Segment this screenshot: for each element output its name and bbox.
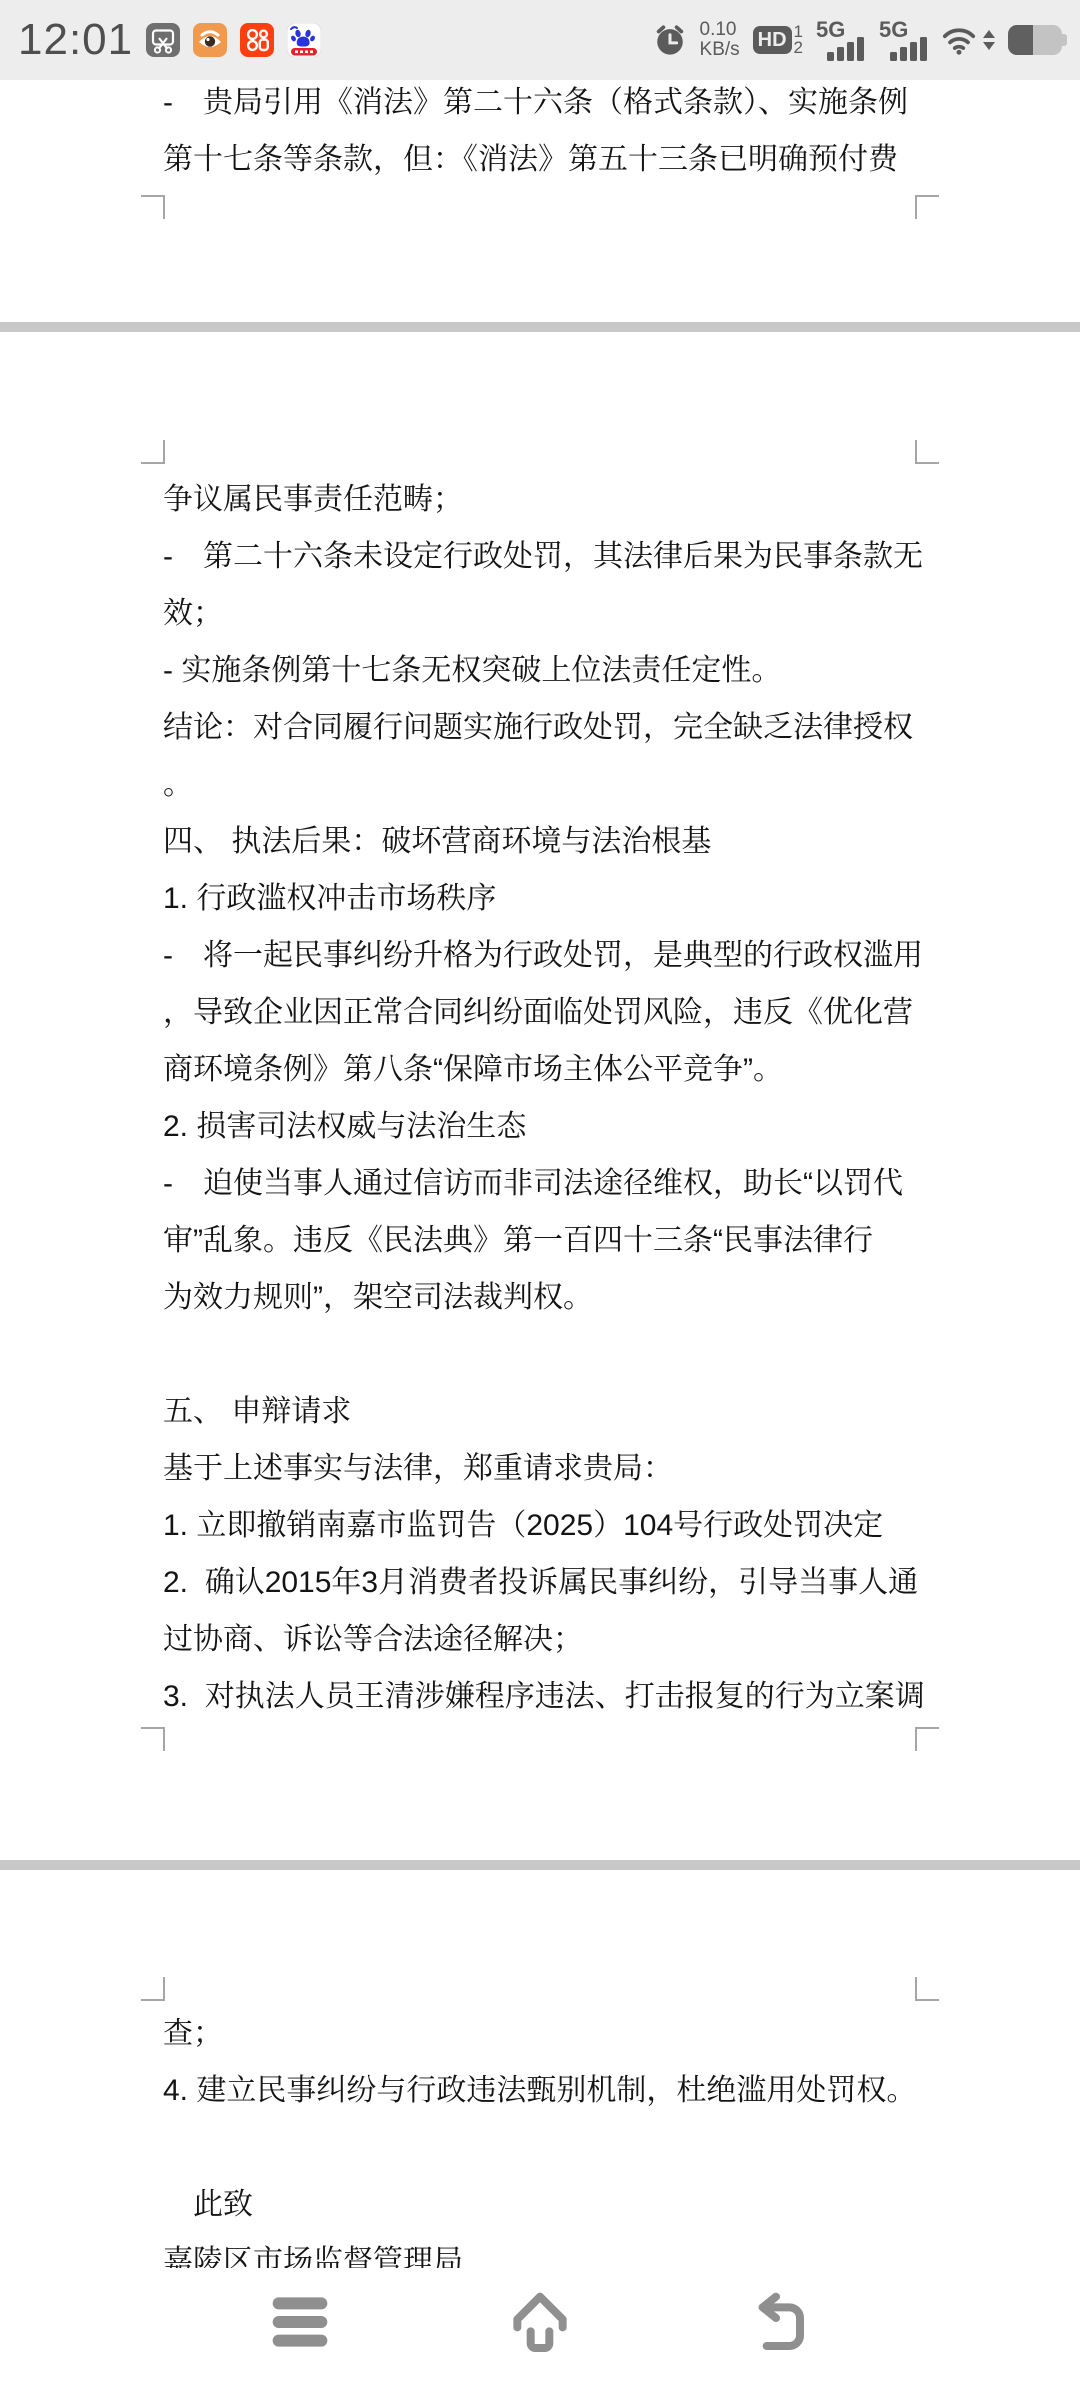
document-viewer[interactable]: - 贵局引用《消法》第二十六条（格式条款）、实施条例第十七条等条款，但：《消法》… [0, 80, 1080, 2388]
document-line: 效； [163, 585, 963, 642]
navigation-bar: menu home back [0, 2268, 1080, 2388]
document-line: 五、 申辩请求 [163, 1383, 963, 1440]
document-line: 1. 立即撤销南嘉市监罚告（2025）104号行政处罚决定 [163, 1497, 963, 1554]
page1-text: - 贵局引用《消法》第二十六条（格式条款）、实施条例第十七条等条款，但：《消法》… [163, 74, 963, 188]
wifi-icon [942, 23, 976, 57]
document-line: 2. 确认2015年3月消费者投诉属民事纠纷，引导当事人通 [163, 1554, 963, 1611]
document-line: - 将一起民事纠纷升格为行政处罚，是典型的行政权滥用 [163, 927, 963, 984]
baidu-notification-icon[interactable] [287, 23, 321, 57]
battery-icon [1008, 25, 1062, 55]
document-line: - 迫使当事人通过信访而非司法途径维权，助长“以罚代 [163, 1155, 963, 1212]
page-separator-2 [0, 1860, 1080, 1870]
document-line: - 第二十六条未设定行政处罚，其法律后果为民事条款无 [163, 528, 963, 585]
document-blank-line [163, 2119, 963, 2176]
network-speed-unit: KB/s [700, 40, 740, 60]
page2-top-right-margin-mark [915, 440, 939, 464]
document-line: 。 [163, 756, 963, 813]
back-button[interactable]: back [748, 2290, 812, 2354]
page3-top-left-margin-mark [141, 1977, 165, 2001]
page2-bottom-left-margin-mark [141, 1727, 165, 1751]
hd-sim2-number: 2 [794, 40, 803, 56]
page3-top-right-margin-mark [915, 1977, 939, 2001]
eye-app-notification-icon[interactable] [193, 23, 227, 57]
phone-screen: 12:01 [0, 0, 1080, 2388]
network-speed: 0.10 KB/s [700, 20, 740, 60]
page1-bottom-right-margin-mark [915, 195, 939, 219]
page2-text: 争议属民事责任范畴；- 第二十六条未设定行政处罚，其法律后果为民事条款无效；- … [163, 471, 963, 1725]
document-line: 基于上述事实与法律，郑重请求贵局： [163, 1440, 963, 1497]
document-line: 争议属民事责任范畴； [163, 471, 963, 528]
battery-nub [1062, 34, 1067, 46]
hd-badge: HD [753, 26, 792, 54]
document-line: 此致 [163, 2176, 963, 2233]
wifi-traffic-arrows-icon [983, 30, 995, 50]
document-line: 为效力规则”，架空司法裁判权。 [163, 1269, 963, 1326]
menu-button[interactable]: menu [268, 2290, 332, 2354]
kuaishou-notification-icon[interactable] [240, 23, 274, 57]
document-line: - 贵局引用《消法》第二十六条（格式条款）、实施条例 [163, 74, 963, 131]
page1-bottom-left-margin-mark [141, 195, 165, 219]
page2-top-left-margin-mark [141, 440, 165, 464]
document-line: 查； [163, 2005, 963, 2062]
page-separator-1 [0, 322, 1080, 332]
home-button[interactable]: home [508, 2290, 572, 2354]
document-line: 第十七条等条款，但：《消法》第五十三条已明确预付费 [163, 131, 963, 188]
screenshot-notification-icon[interactable] [146, 23, 180, 57]
clock-time: 12:01 [18, 15, 133, 65]
document-line: 过协商、诉讼等合法途径解决； [163, 1611, 963, 1668]
document-line: 1. 行政滥权冲击市场秩序 [163, 870, 963, 927]
page3-text: 查；4. 建立民事纠纷与行政违法甄别机制，杜绝滥用处罚权。 此致嘉陵区市场监督管… [163, 2005, 963, 2290]
page2-bottom-right-margin-mark [915, 1727, 939, 1751]
network-speed-value: 0.10 [700, 20, 737, 40]
document-line: 2. 损害司法权威与法治生态 [163, 1098, 963, 1155]
document-line: 3. 对执法人员王清涉嫌程序违法、打击报复的行为立案调 [163, 1668, 963, 1725]
battery-level-fill [1008, 25, 1033, 55]
document-line: 审”乱象。违反《民法典》第一百四十三条“民事法律行 [163, 1212, 963, 1269]
status-bar-right: 0.10 KB/s HD 1 2 5G 5G [653, 17, 1062, 63]
alarm-clock-icon [653, 23, 687, 57]
document-line: - 实施条例第十七条无权突破上位法责任定性。 [163, 642, 963, 699]
document-line: 4. 建立民事纠纷与行政违法甄别机制，杜绝滥用处罚权。 [163, 2062, 963, 2119]
document-line: 四、 执法后果：破坏营商环境与法治根基 [163, 813, 963, 870]
sim1-signal-icon: 5G [816, 17, 866, 63]
document-line: ，导致企业因正常合同纠纷面临处罚风险，违反《优化营 [163, 984, 963, 1041]
document-line: 结论：对合同履行问题实施行政处罚，完全缺乏法律授权 [163, 699, 963, 756]
status-bar-left: 12:01 [18, 15, 321, 65]
status-bar: 12:01 [0, 0, 1080, 80]
volte-hd-icon: HD 1 2 [753, 24, 803, 56]
sim2-signal-icon: 5G [879, 17, 929, 63]
document-blank-line [163, 1326, 963, 1383]
document-line: 商环境条例》第八条“保障市场主体公平竞争”。 [163, 1041, 963, 1098]
